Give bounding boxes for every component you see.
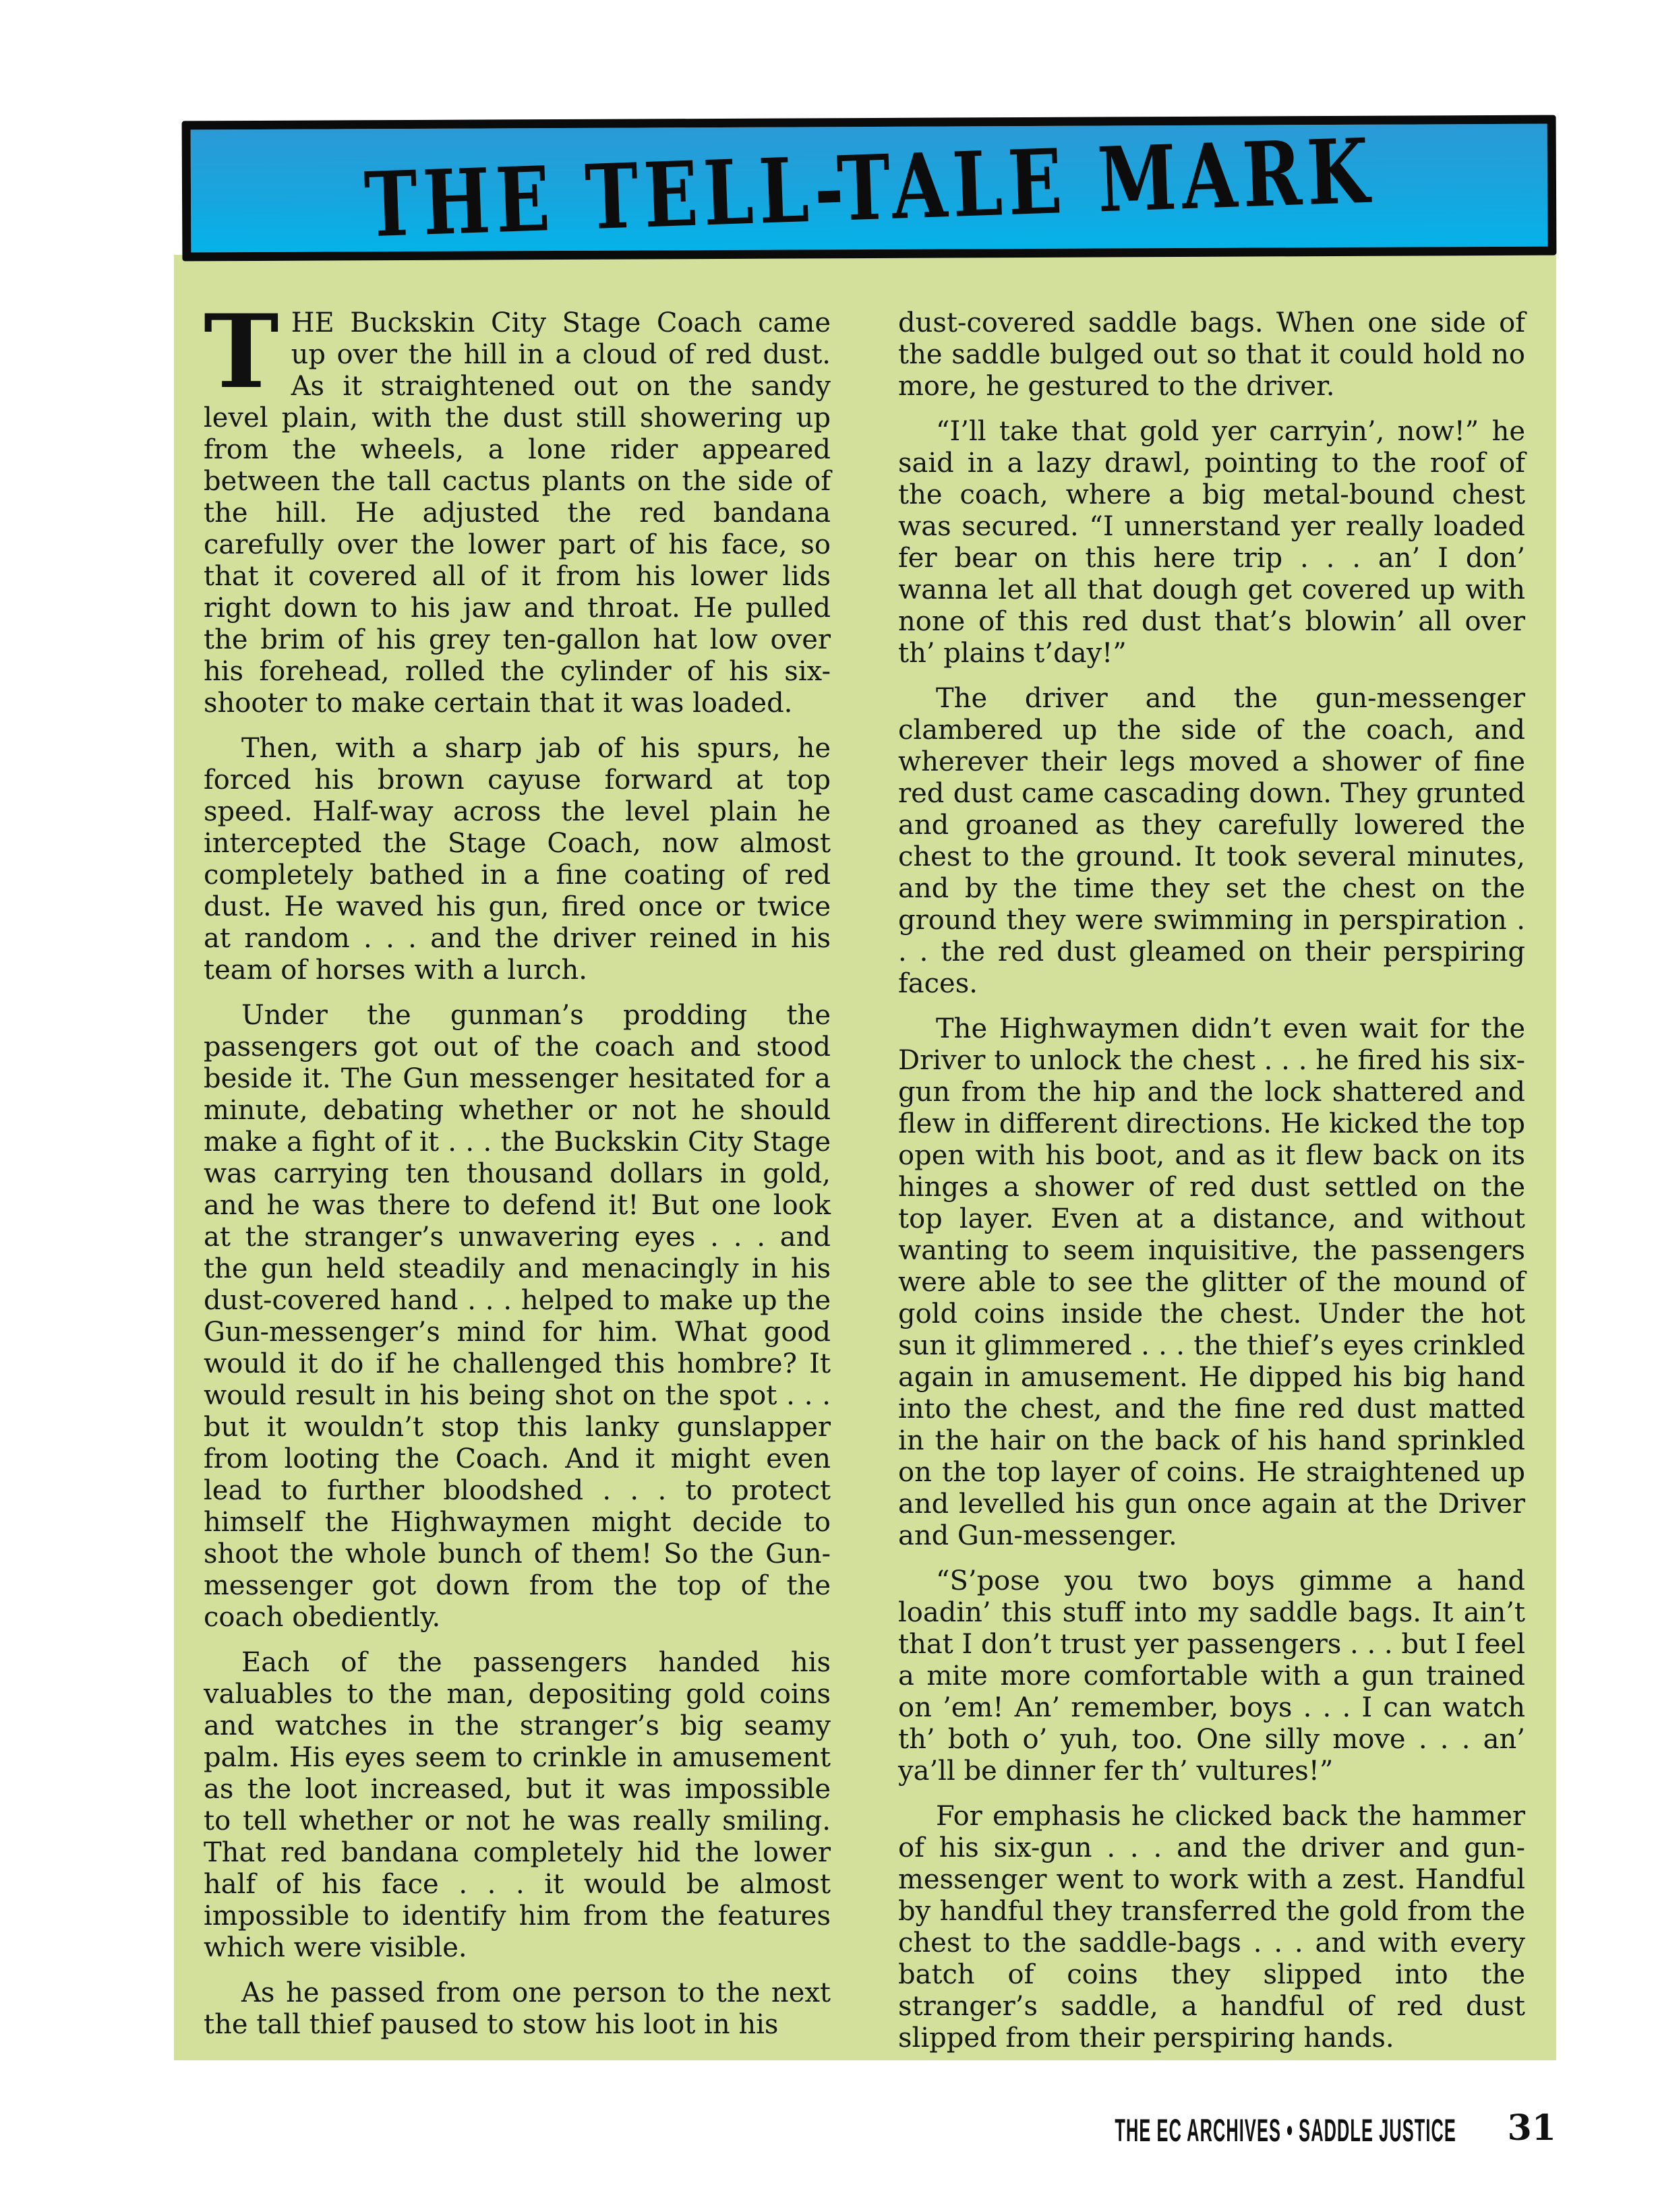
- story-paragraph: For emphasis he clicked back the hammer …: [898, 1801, 1525, 2054]
- drop-cap: T: [204, 307, 291, 388]
- footer: THE EC ARCHIVES • SADDLE JUSTICE 31: [824, 2108, 1556, 2149]
- story-paragraph: dust-covered saddle bags. When one side …: [898, 307, 1525, 402]
- story-paragraph: THE Buckskin City Stage Coach came up ov…: [204, 307, 831, 719]
- story-columns: THE Buckskin City Stage Coach came up ov…: [204, 307, 1525, 2060]
- footer-book-title: THE EC ARCHIVES • SADDLE JUSTICE: [1115, 2112, 1456, 2149]
- story-content-area: THE Buckskin City Stage Coach came up ov…: [174, 255, 1556, 2060]
- footer-page-number: 31: [1508, 2108, 1556, 2149]
- story-paragraph: The driver and the gun-messenger clamber…: [898, 683, 1525, 1000]
- story-paragraph: The Highwaymen didn’t even wait for the …: [898, 1013, 1525, 1552]
- story-paragraph: Each of the passengers handed his valuab…: [204, 1647, 831, 1964]
- story-title: THE TELL-TALE MARK: [363, 119, 1376, 258]
- story-paragraph: As he passed from one person to the next…: [204, 1977, 831, 2041]
- paragraph-text: HE Buckskin City Stage Coach came up ove…: [204, 307, 831, 719]
- story-paragraph: “S’pose you two boys gimme a hand loadin…: [898, 1565, 1525, 1787]
- title-banner: THE TELL-TALE MARK: [182, 115, 1557, 262]
- right-column: dust-covered saddle bags. When one side …: [898, 307, 1525, 2060]
- story-paragraph: “I’ll take that gold yer carryin’, now!”…: [898, 416, 1525, 669]
- story-paragraph: Then, with a sharp jab of his spurs, he …: [204, 733, 831, 986]
- left-column: THE Buckskin City Stage Coach came up ov…: [204, 307, 831, 2060]
- story-paragraph: Under the gunman’s prodding the passenge…: [204, 1000, 831, 1634]
- page: THE TELL-TALE MARK THE Buckskin City Sta…: [0, 0, 1656, 2212]
